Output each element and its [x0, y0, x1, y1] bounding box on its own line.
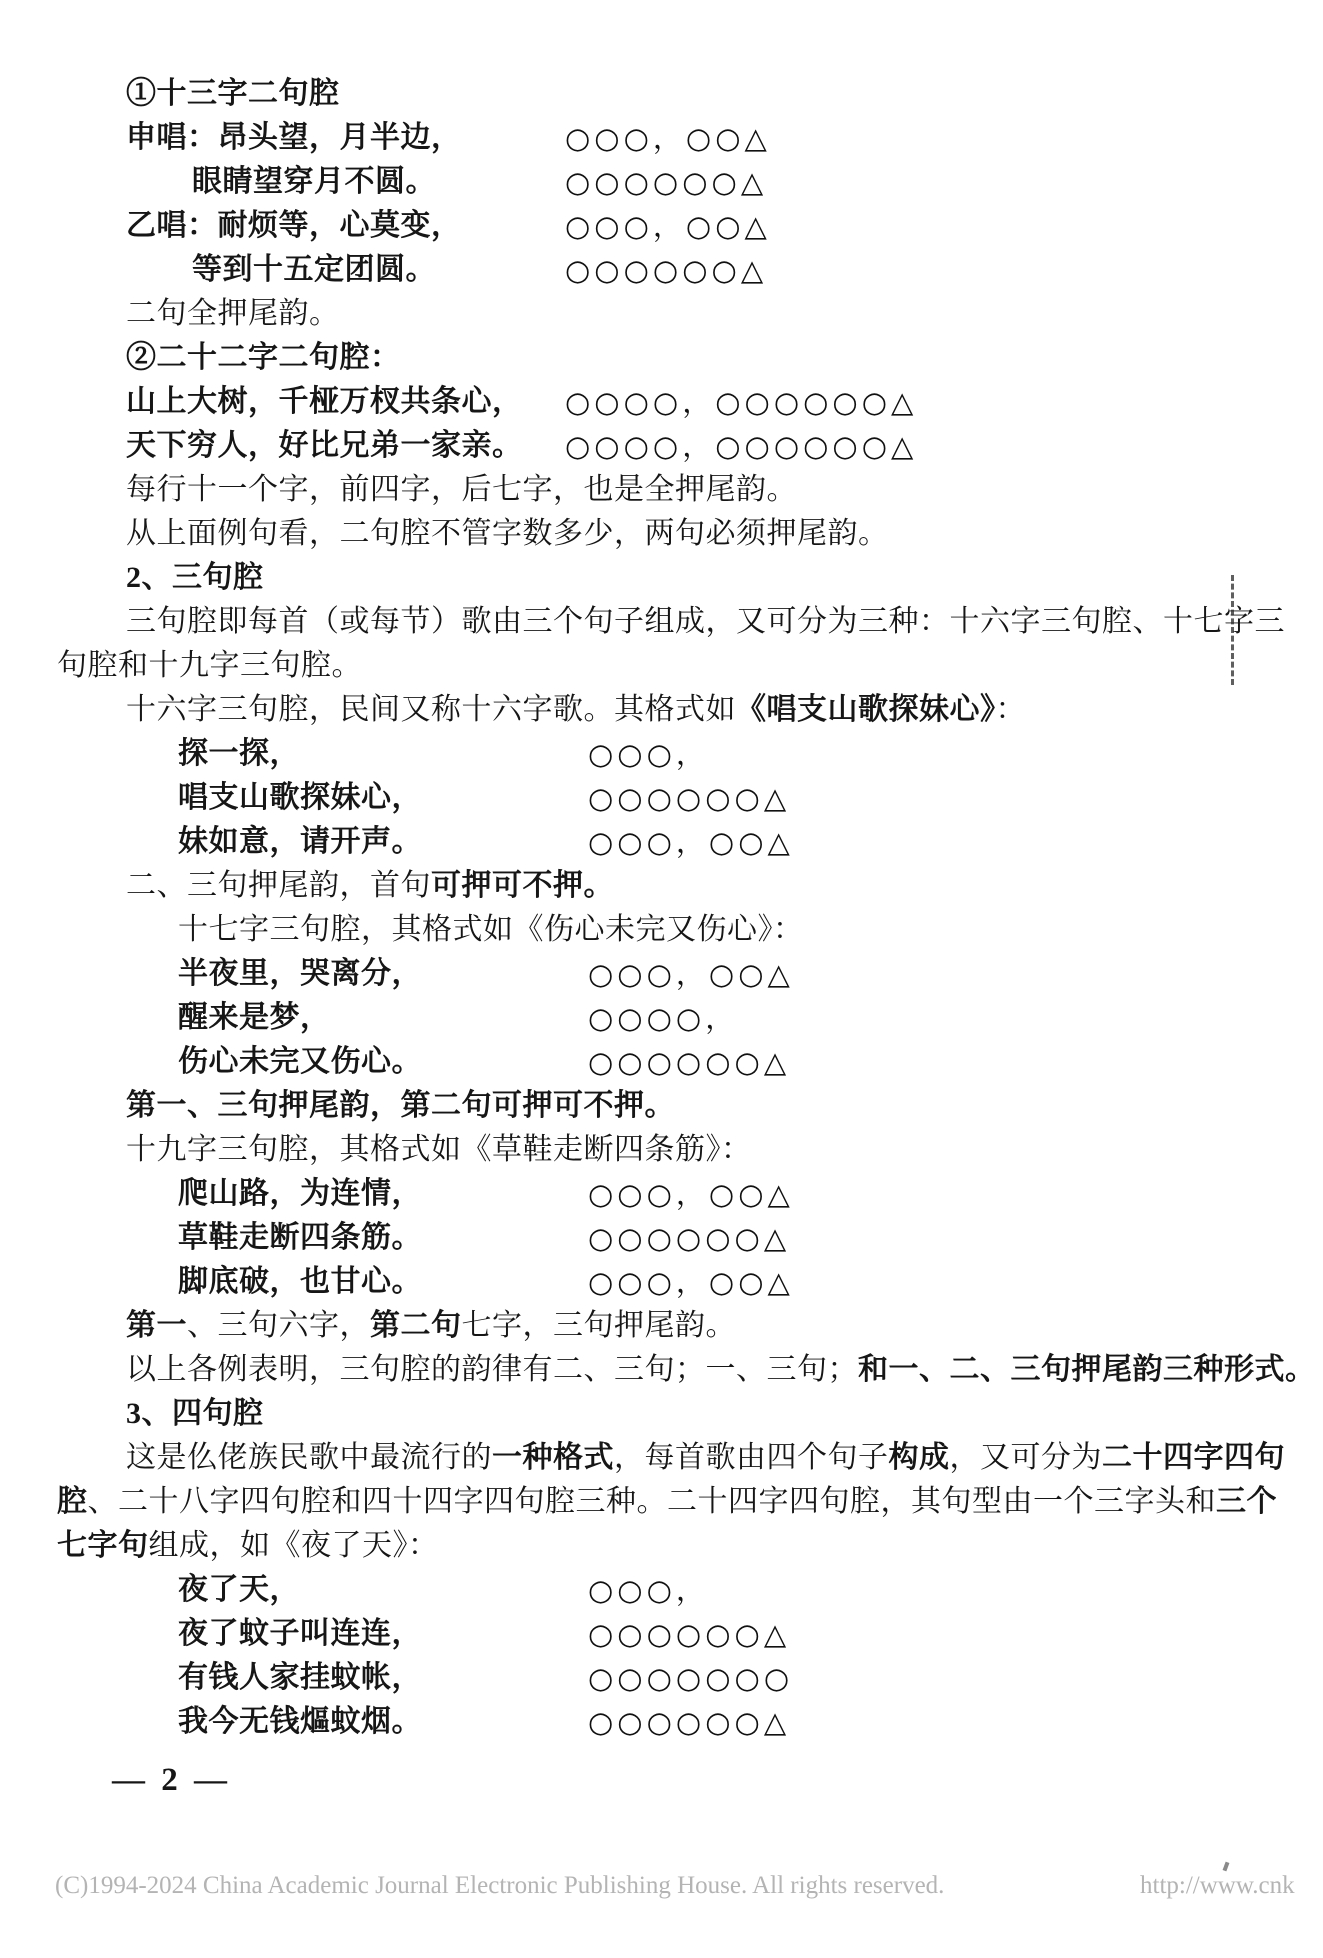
text-segment: 醒来是梦， — [178, 1001, 331, 1034]
rhyme-pattern: ○○○○○○△ — [588, 1700, 790, 1744]
text-segment: 《唱支山歌探妹心》 — [736, 693, 996, 726]
rhyme-pattern: ○○○， — [588, 732, 709, 776]
text-segment: 、二十八字四句腔和四十四字四句腔三种。二十四字四句腔，其句型由一个三字头和 — [88, 1485, 1217, 1518]
text-line: 每行十一个字，前四字，后七字，也是全押尾韵。 — [0, 468, 1323, 512]
text-line: 第一、三句押尾韵，第二句可押可不押。 — [0, 1084, 1323, 1128]
rhyme-pattern: ○○○， — [588, 1568, 709, 1612]
rhyme-pattern: ○○○，○○△ — [588, 820, 794, 864]
text-segment: ： — [996, 693, 1027, 726]
text-segment: 探一探， — [178, 737, 300, 770]
verse-line: 我今无钱熰蚊烟。○○○○○○△ — [0, 1700, 1323, 1744]
page-number: — 2 — — [112, 1762, 231, 1799]
verse-line: 探一探，○○○， — [0, 732, 1323, 776]
text-segment: 这是仫佬族民歌中最流行的 — [126, 1441, 492, 1474]
text-segment: 申唱： — [126, 121, 218, 154]
text-segment: 构成 — [889, 1441, 950, 1474]
section-heading: ②二十二字二句腔： — [0, 336, 1323, 380]
verse-line: 等到十五定团圆。○○○○○○△ — [0, 248, 1323, 292]
text-line: 三句腔即每首（或每节）歌由三个句子组成，又可分为三种：十六字三句腔、十七字三 — [0, 600, 1323, 644]
rhyme-pattern: ○○○○○○△ — [565, 248, 767, 292]
verse-line: 妹如意，请开声。○○○，○○△ — [0, 820, 1323, 864]
text-segment: 等到十五定团圆。 — [192, 253, 436, 286]
rhyme-pattern: ○○○○，○○○○○○△ — [565, 424, 917, 468]
verse-line: 草鞋走断四条筋。○○○○○○△ — [0, 1216, 1323, 1260]
rhyme-pattern: ○○○○○○△ — [588, 776, 790, 820]
text-line: 十九字三句腔，其格式如《草鞋走断四条筋》： — [0, 1128, 1323, 1172]
rhyme-pattern: ○○○○○○△ — [588, 1040, 790, 1084]
verse-line: 醒来是梦，○○○○， — [0, 996, 1323, 1040]
rhyme-pattern: ○○○，○○△ — [565, 116, 771, 160]
text-segment: 耐烦等，心莫变， — [218, 209, 462, 242]
verse-line: 脚底破，也甘心。○○○，○○△ — [0, 1260, 1323, 1304]
text-segment: 七字， — [462, 1309, 554, 1342]
verse-line: 眼睛望穿月不圆。○○○○○○△ — [0, 160, 1323, 204]
footer-copyright: (C)1994-2024 China Academic Journal Elec… — [55, 1872, 944, 1900]
verse-line: 乙唱：耐烦等，心莫变，○○○，○○△ — [0, 204, 1323, 248]
text-line: 二、三句押尾韵，首句可押可不押。 — [0, 864, 1323, 908]
text-segment: 一种格式 — [492, 1441, 614, 1474]
text-segment: 、三句六字， — [187, 1309, 370, 1342]
text-segment: 二句全押尾韵。 — [126, 297, 340, 330]
text-segment: 半夜里，哭离分， — [178, 957, 422, 990]
text-segment: 和一、二、三句押尾韵三种形式。 — [858, 1353, 1316, 1386]
section-heading: ①十三字二句腔 — [0, 72, 1323, 116]
section-heading: 3、四句腔 — [0, 1392, 1323, 1436]
text-segment: 我今无钱熰蚊烟。 — [178, 1705, 422, 1738]
section-heading: 2、三句腔 — [0, 556, 1323, 600]
verse-line: 伤心未完又伤心。○○○○○○△ — [0, 1040, 1323, 1084]
text-segment: 第二句 — [370, 1309, 462, 1342]
verse-line: 天下穷人，好比兄弟一家亲。○○○○，○○○○○○△ — [0, 424, 1323, 468]
verse-line: 山上大树，千桠万杈共条心，○○○○，○○○○○○△ — [0, 380, 1323, 424]
text-segment: 昂头望，月半边， — [218, 121, 462, 154]
text-segment: 组成，如《夜了天》： — [149, 1529, 439, 1562]
rhyme-pattern: ○○○○○○△ — [588, 1612, 790, 1656]
text-segment: 第一、三句押尾韵，第二句可押可不押。 — [126, 1089, 675, 1122]
text-segment: 爬山路，为连情， — [178, 1177, 422, 1210]
text-segment: 第一 — [126, 1309, 187, 1342]
text-segment: 乙唱： — [126, 209, 218, 242]
verse-line: 半夜里，哭离分，○○○，○○△ — [0, 952, 1323, 996]
text-segment: 可押可不押。 — [431, 869, 614, 902]
text-segment: 三个 — [1216, 1485, 1277, 1518]
text-line: 十七字三句腔，其格式如《伤心未完又伤心》： — [0, 908, 1323, 952]
text-segment: 以上各例表明，三句腔的韵律有二、三句；一、三句； — [126, 1353, 858, 1386]
text-segment: ，又可分为 — [950, 1441, 1103, 1474]
verse-line: 夜了蚊子叫连连，○○○○○○△ — [0, 1612, 1323, 1656]
document-page: ①十三字二句腔申唱：昂头望，月半边，○○○，○○△眼睛望穿月不圆。○○○○○○△… — [0, 0, 1323, 1958]
text-segment: 3、四句腔 — [126, 1397, 264, 1430]
rhyme-pattern: ○○○○○○△ — [565, 160, 767, 204]
rhyme-pattern: ○○○，○○△ — [588, 1172, 794, 1216]
text-segment: 每行十一个字，前四字，后七字，也是全押尾韵。 — [126, 473, 797, 506]
text-line: 七字句组成，如《夜了天》： — [0, 1524, 1323, 1568]
verse-line: 唱支山歌探妹心，○○○○○○△ — [0, 776, 1323, 820]
text-segment: 十六字三句腔，民间又称十六字歌。其格式如 — [126, 693, 736, 726]
text-segment: 二十四字四句 — [1102, 1441, 1285, 1474]
verse-line: 申唱：昂头望，月半边，○○○，○○△ — [0, 116, 1323, 160]
rhyme-pattern: ○○○○○○○ — [588, 1656, 793, 1700]
text-line: 从上面例句看，二句腔不管字数多少，两句必须押尾韵。 — [0, 512, 1323, 556]
text-segment: 2、三句腔 — [126, 561, 264, 594]
rhyme-pattern: ○○○，○○△ — [588, 952, 794, 996]
verse-line: 有钱人家挂蚊帐，○○○○○○○ — [0, 1656, 1323, 1700]
text-segment: 二、三句押尾韵，首句 — [126, 869, 431, 902]
scan-artifact-mark — [1223, 1862, 1230, 1872]
verse-line: 爬山路，为连情，○○○，○○△ — [0, 1172, 1323, 1216]
text-segment: 有钱人家挂蚊帐， — [178, 1661, 422, 1694]
rhyme-pattern: ○○○，○○△ — [588, 1260, 794, 1304]
text-line: 腔、二十八字四句腔和四十四字四句腔三种。二十四字四句腔，其句型由一个三字头和三个 — [0, 1480, 1323, 1524]
text-line: 这是仫佬族民歌中最流行的一种格式，每首歌由四个句子构成，又可分为二十四字四句 — [0, 1436, 1323, 1480]
text-segment: 夜了蚊子叫连连， — [178, 1617, 422, 1650]
text-segment: 脚底破，也甘心。 — [178, 1265, 422, 1298]
rhyme-pattern: ○○○○，○○○○○○△ — [565, 380, 917, 424]
text-segment: 夜了天， — [178, 1573, 300, 1606]
text-line: 第一、三句六字，第二句七字，三句押尾韵。 — [0, 1304, 1323, 1348]
text-segment: 腔 — [57, 1485, 88, 1518]
text-segment: 眼睛望穿月不圆。 — [192, 165, 436, 198]
text-segment: 十七字三句腔，其格式如《伤心未完又伤心》： — [178, 913, 804, 946]
rhyme-pattern: ○○○，○○△ — [565, 204, 771, 248]
text-segment: 三句腔即每首（或每节）歌由三个句子组成，又可分为三种：十六字三句腔、十七字三 — [126, 605, 1285, 638]
text-segment: 伤心未完又伤心。 — [178, 1045, 422, 1078]
text-line: 句腔和十九字三句腔。 — [0, 644, 1323, 688]
text-segment: 唱支山歌探妹心， — [178, 781, 422, 814]
document-body: ①十三字二句腔申唱：昂头望，月半边，○○○，○○△眼睛望穿月不圆。○○○○○○△… — [0, 72, 1323, 1744]
text-line: 二句全押尾韵。 — [0, 292, 1323, 336]
text-segment: 山上大树，千桠万杈共条心， — [126, 385, 523, 418]
text-segment: 天下穷人，好比兄弟一家亲。 — [126, 429, 523, 462]
text-segment: 句腔和十九字三句腔。 — [57, 649, 362, 682]
rhyme-pattern: ○○○○○○△ — [588, 1216, 790, 1260]
text-segment: 从上面例句看，二句腔不管字数多少，两句必须押尾韵。 — [126, 517, 889, 550]
verse-line: 夜了天，○○○， — [0, 1568, 1323, 1612]
text-segment: 七字句 — [57, 1529, 149, 1562]
text-segment: 三句押尾韵。 — [553, 1309, 736, 1342]
text-segment: ①十三字二句腔 — [126, 77, 340, 110]
text-segment: 草鞋走断四条筋。 — [178, 1221, 422, 1254]
text-segment: ，每首歌由四个句子 — [614, 1441, 889, 1474]
text-line: 十六字三句腔，民间又称十六字歌。其格式如《唱支山歌探妹心》： — [0, 688, 1323, 732]
footer-url: http://www.cnk — [1140, 1872, 1295, 1900]
scan-artifact-dashed-line — [1231, 575, 1234, 685]
text-segment: 十九字三句腔，其格式如《草鞋走断四条筋》： — [126, 1133, 752, 1166]
rhyme-pattern: ○○○○， — [588, 996, 738, 1040]
text-line: 以上各例表明，三句腔的韵律有二、三句；一、三句；和一、二、三句押尾韵三种形式。 — [0, 1348, 1323, 1392]
text-segment: ②二十二字二句腔： — [126, 341, 401, 374]
text-segment: 妹如意，请开声。 — [178, 825, 422, 858]
